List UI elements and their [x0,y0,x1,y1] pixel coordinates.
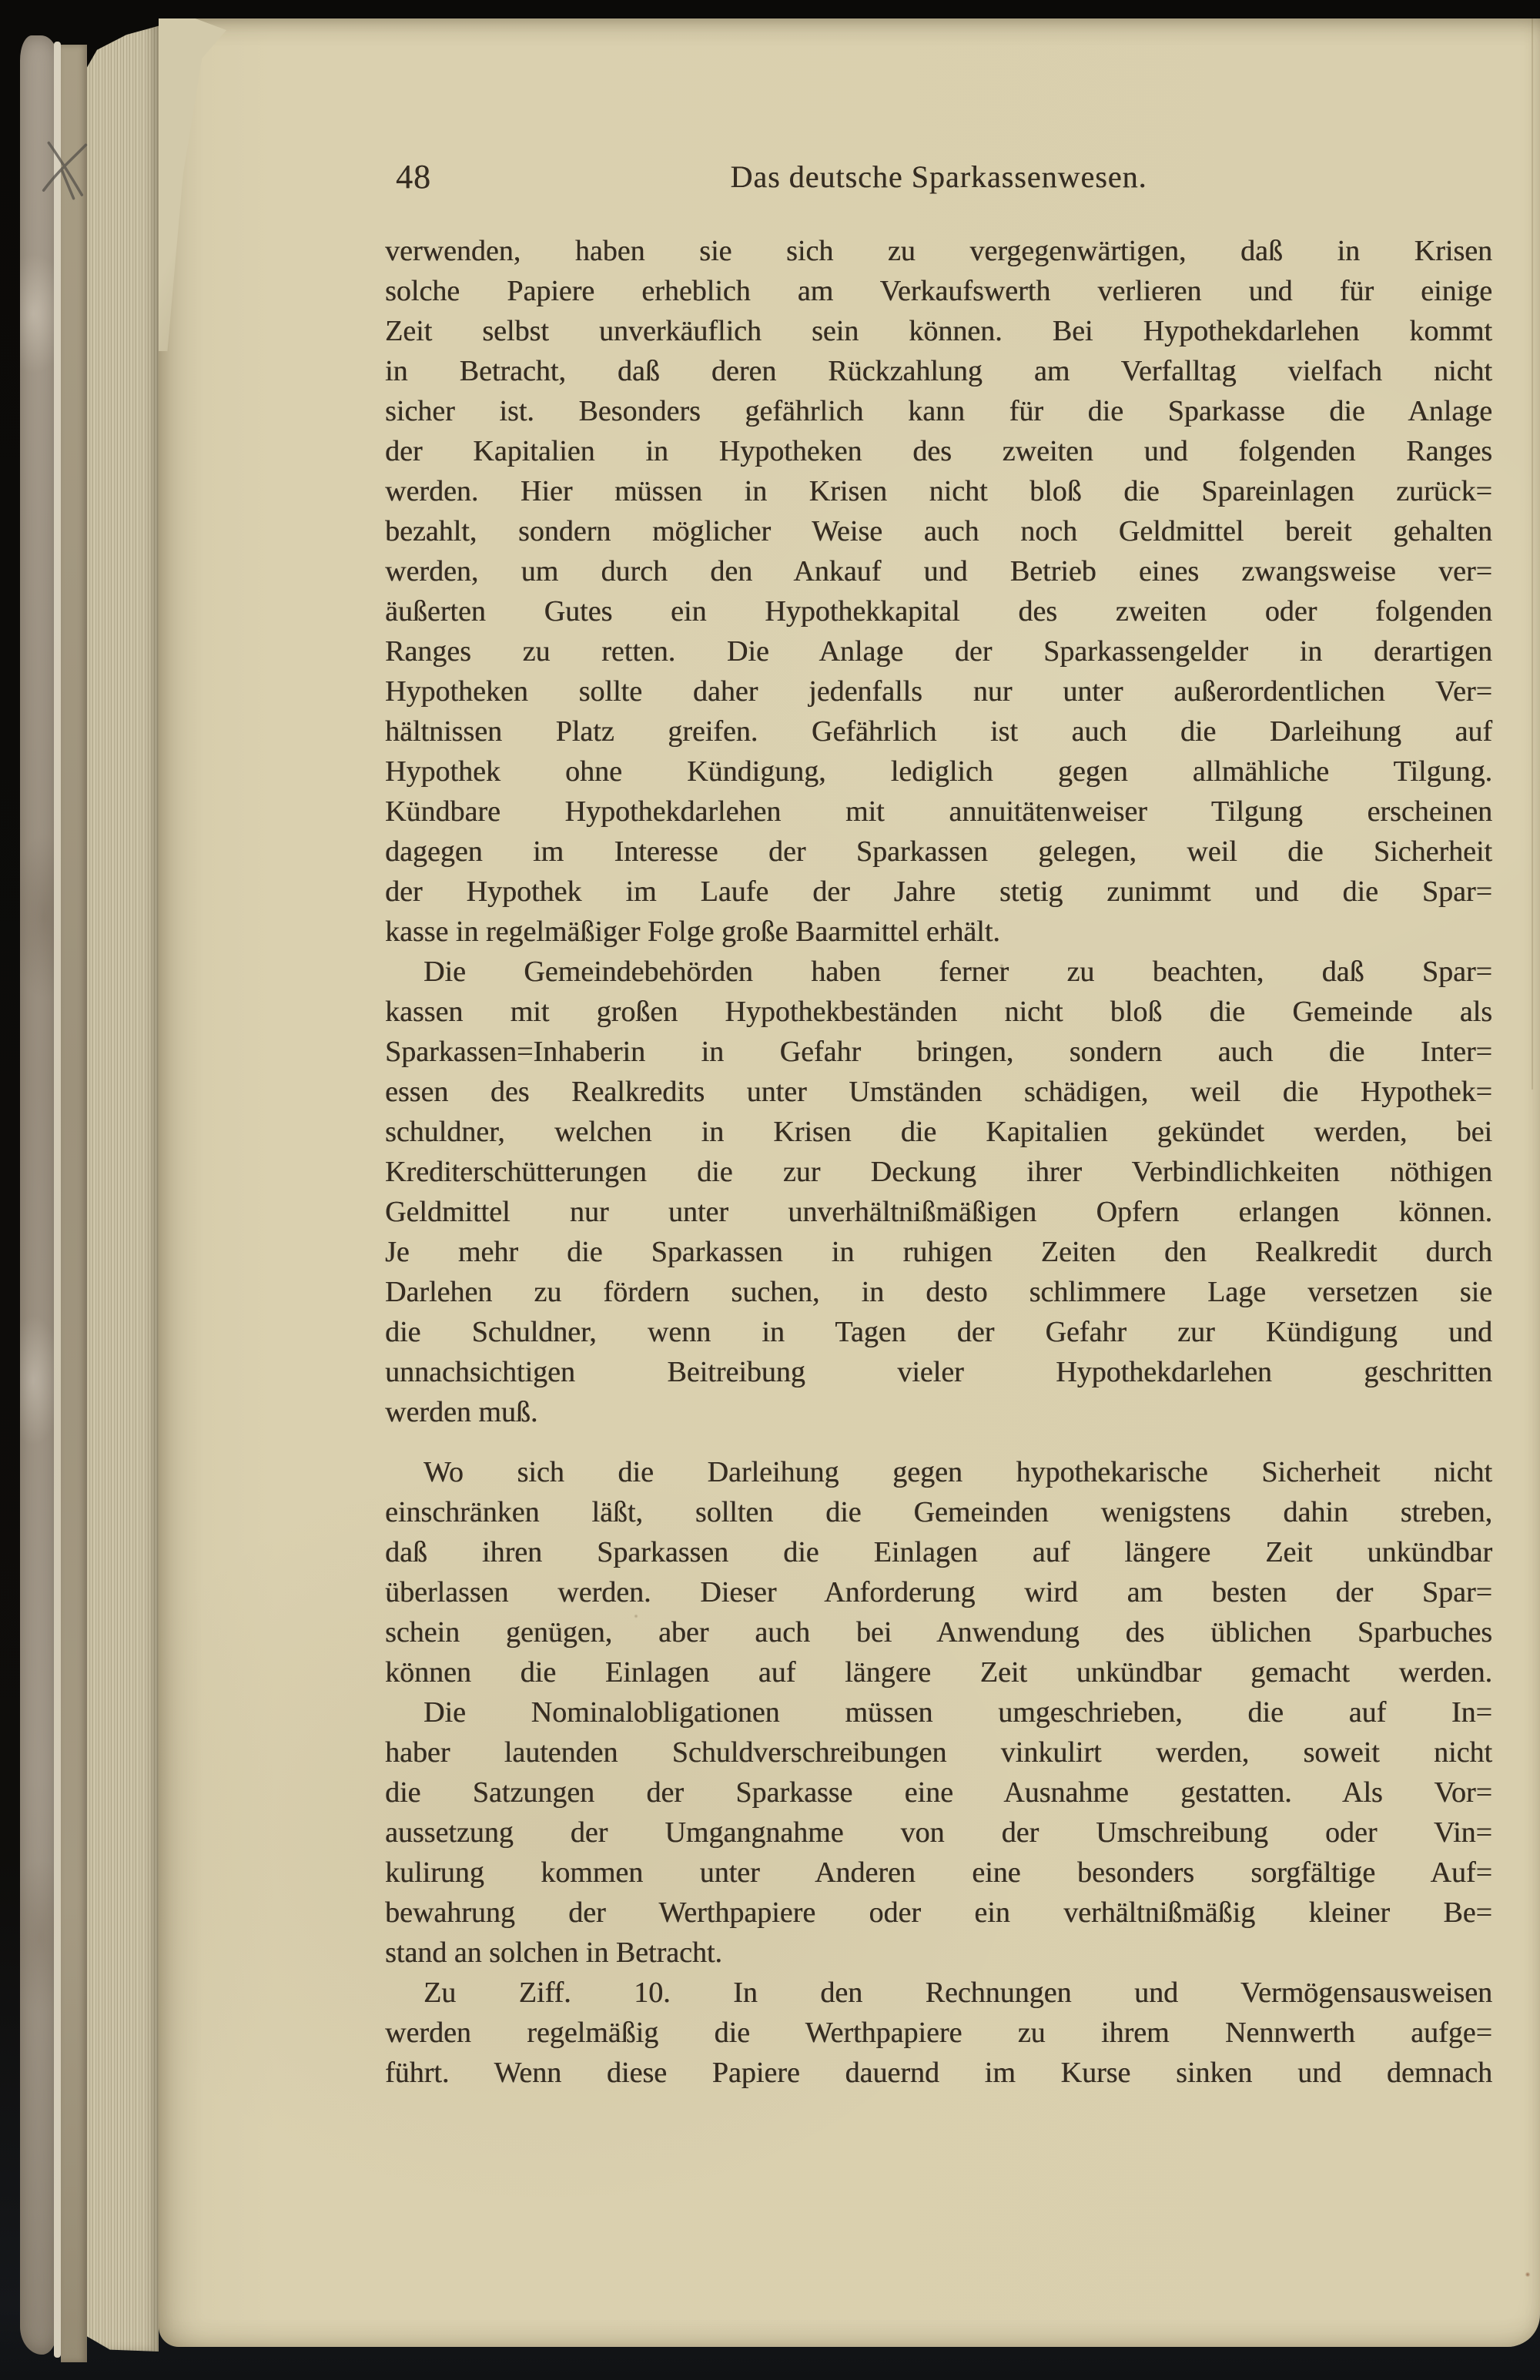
paragraph: Wo sich die Darleihung gegen hypothekari… [385,1452,1492,1692]
text-line: werden muß. [385,1392,1492,1432]
text-line: kulirung kommen unter Anderen eine beson… [385,1853,1492,1893]
text-line: äußerten Gutes ein Hypothekkapital des z… [385,591,1492,631]
text-line: kasse in regelmäßiger Folge große Baarmi… [385,912,1492,952]
torn-page-fragment [159,18,226,351]
paragraph: verwenden, haben sie sich zu vergegenwär… [385,231,1492,952]
text-line: Darlehen zu fördern suchen, in desto sch… [385,1272,1492,1312]
text-line: Zeit selbst unverkäuflich sein können. B… [385,311,1492,351]
page-number: 48 [396,157,431,197]
paragraph: Zu Ziff. 10. In den Rechnungen und Vermö… [385,1973,1492,2093]
text-line: Krediterschütterungen die zur Deckung ih… [385,1152,1492,1192]
text-line: Ranges zu retten. Die Anlage der Sparkas… [385,631,1492,671]
text-line: Hypothek ohne Kündigung, lediglich gegen… [385,751,1492,792]
text-line: überlassen werden. Dieser Anforderung wi… [385,1572,1492,1612]
text-line: sicher ist. Besonders gefährlich kann fü… [385,391,1492,431]
text-line: der Hypothek im Laufe der Jahre stetig z… [385,872,1492,912]
text-line: die Satzungen der Sparkasse eine Ausnahm… [385,1772,1492,1813]
binding-cream-edge [54,42,61,2358]
text-line: Wo sich die Darleihung gegen hypothekari… [385,1452,1492,1492]
binding-board-strip [61,45,87,2362]
text-line: Die Gemeindebehörden haben ferner zu bea… [385,952,1492,992]
text-line: haber lautenden Schuldverschreibungen vi… [385,1732,1492,1772]
text-line: kassen mit großen Hypothekbeständen nich… [385,992,1492,1032]
book-page: 48 Das deutsche Sparkassenwesen. verwend… [159,18,1540,2347]
text-line: Je mehr die Sparkassen in ruhigen Zeiten… [385,1232,1492,1272]
paragraph: Die Nominalobligationen müssen umgeschri… [385,1692,1492,1973]
binding-parchment-edge [20,35,57,2355]
text-line: der Kapitalien in Hypotheken des zweiten… [385,431,1492,471]
page-edge-stack [87,23,159,2352]
text-line: Geldmittel nur unter unverhältnißmäßigen… [385,1192,1492,1232]
text-line: in Betracht, daß deren Rückzahlung am Ve… [385,351,1492,391]
running-title: Das deutsche Sparkassenwesen. [385,157,1492,197]
text-line: verwenden, haben sie sich zu vergegenwär… [385,231,1492,271]
page-body-text: verwenden, haben sie sich zu vergegenwär… [385,231,1492,2093]
text-line: dagegen im Interesse der Sparkassen gele… [385,832,1492,872]
text-line: bezahlt, sondern möglicher Weise auch no… [385,511,1492,551]
page-header: 48 Das deutsche Sparkassenwesen. [385,157,1492,197]
text-line: werden. Hier müssen in Krisen nicht bloß… [385,471,1492,511]
text-line: einschränken läßt, sollten die Gemeinden… [385,1492,1492,1532]
text-line: werden, um durch den Ankauf und Betrieb … [385,551,1492,591]
book-scan: 48 Das deutsche Sparkassenwesen. verwend… [0,0,1540,2380]
text-line: hältnissen Platz greifen. Gefährlich ist… [385,711,1492,751]
text-line: können die Einlagen auf längere Zeit unk… [385,1652,1492,1692]
text-line: Zu Ziff. 10. In den Rechnungen und Vermö… [385,1973,1492,2013]
text-line: schuldner, welchen in Krisen die Kapital… [385,1112,1492,1152]
text-line: aussetzung der Umgangnahme von der Umsch… [385,1813,1492,1853]
text-line: bewahrung der Werthpapiere oder ein verh… [385,1893,1492,1933]
text-line: daß ihren Sparkassen die Einlagen auf lä… [385,1532,1492,1572]
text-line: unnachsichtigen Beitreibung vieler Hypot… [385,1352,1492,1392]
text-line: Die Nominalobligationen müssen umgeschri… [385,1692,1492,1732]
text-line: werden regelmäßig die Werthpapiere zu ih… [385,2013,1492,2053]
text-line: essen des Realkredits unter Umständen sc… [385,1072,1492,1112]
text-line: solche Papiere erheblich am Verkaufswert… [385,271,1492,311]
text-line: Kündbare Hypothekdarlehen mit annuitäten… [385,792,1492,832]
pencil-x-mark [35,132,99,203]
text-line: schein genügen, aber auch bei Anwendung … [385,1612,1492,1652]
text-line: stand an solchen in Betracht. [385,1933,1492,1973]
text-line: führt. Wenn diese Papiere dauernd im Kur… [385,2053,1492,2093]
text-line: die Schuldner, wenn in Tagen der Gefahr … [385,1312,1492,1352]
paragraph: Die Gemeindebehörden haben ferner zu bea… [385,952,1492,1432]
text-line: Hypotheken sollte daher jedenfalls nur u… [385,671,1492,711]
text-line: Sparkassen=Inhaberin in Gefahr bringen, … [385,1032,1492,1072]
